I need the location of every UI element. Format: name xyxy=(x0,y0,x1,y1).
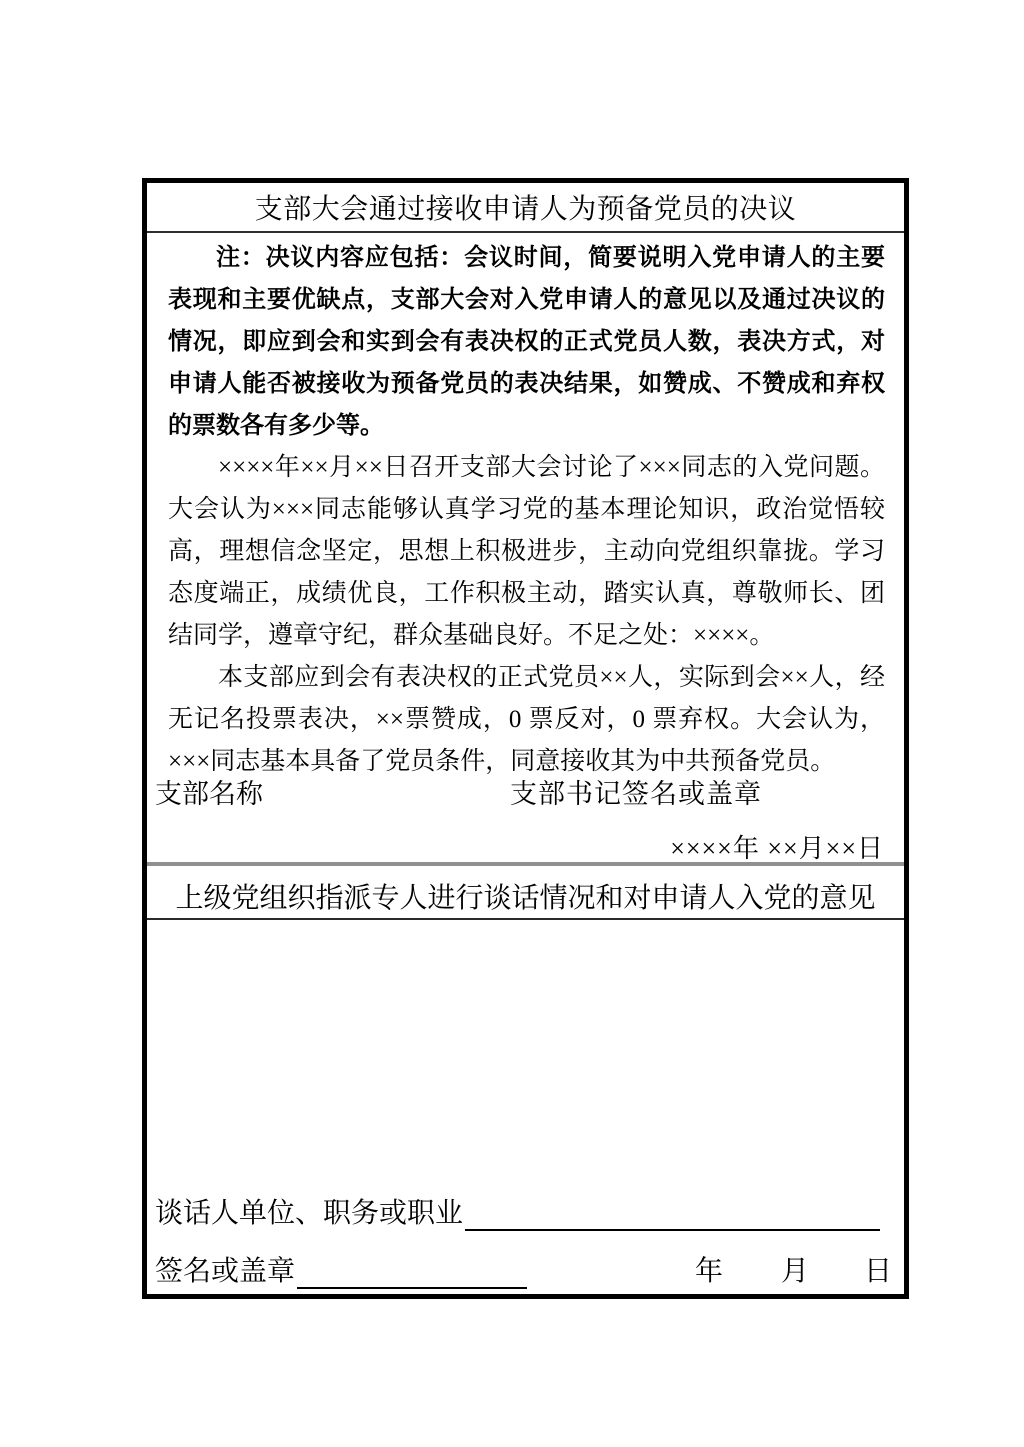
resolution-form: 支部大会通过接收申请人为预备党员的决议 注：决议内容应包括：会议时间，简要说明入… xyxy=(142,178,909,1299)
resolution-body: 注：决议内容应包括：会议时间，简要说明入党申请人的主要表现和主要优缺点，支部大会… xyxy=(168,237,885,783)
section-divider xyxy=(147,862,904,866)
note-paragraph: 注：决议内容应包括：会议时间，简要说明入党申请人的主要表现和主要优缺点，支部大会… xyxy=(168,237,885,447)
interviewer-info-blank-line xyxy=(465,1225,880,1231)
resolution-paragraph-1: ××××年××月××日召开支部大会讨论了×××同志的入党问题。大会认为×××同志… xyxy=(168,447,885,657)
interviewer-sign-label: 签名或盖章 xyxy=(155,1249,295,1289)
section2-header: 上级党组织指派专人进行谈话情况和对申请人入党的意见 xyxy=(147,874,904,920)
resolution-paragraph-2: 本支部应到会有表决权的正式党员××人，实际到会××人，经无记名投票表决，××票赞… xyxy=(168,657,885,783)
resolution-date-line: ××××年 ××月××日 xyxy=(147,828,884,865)
month-label: 月 xyxy=(781,1249,809,1289)
interviewer-info-row: 谈话人单位、职务或职业 xyxy=(155,1191,880,1231)
interviewer-info-label: 谈话人单位、职务或职业 xyxy=(155,1191,463,1231)
document-page: 支部大会通过接收申请人为预备党员的决议 注：决议内容应包括：会议时间，简要说明入… xyxy=(0,0,1024,1447)
signature-row: 支部名称 支部书记签名或盖章 xyxy=(147,772,904,806)
year-label: 年 xyxy=(695,1249,723,1289)
day-label: 日 xyxy=(864,1249,892,1289)
secretary-signature-label: 支部书记签名或盖章 xyxy=(510,772,762,811)
talk-notes-blank-area xyxy=(147,922,904,1187)
interviewer-sign-blank-line xyxy=(297,1283,527,1289)
interviewer-signature-row: 签名或盖章 年 月 日 xyxy=(155,1249,892,1289)
section1-title: 支部大会通过接收申请人为预备党员的决议 xyxy=(147,183,904,233)
branch-name-label: 支部名称 xyxy=(155,772,263,811)
